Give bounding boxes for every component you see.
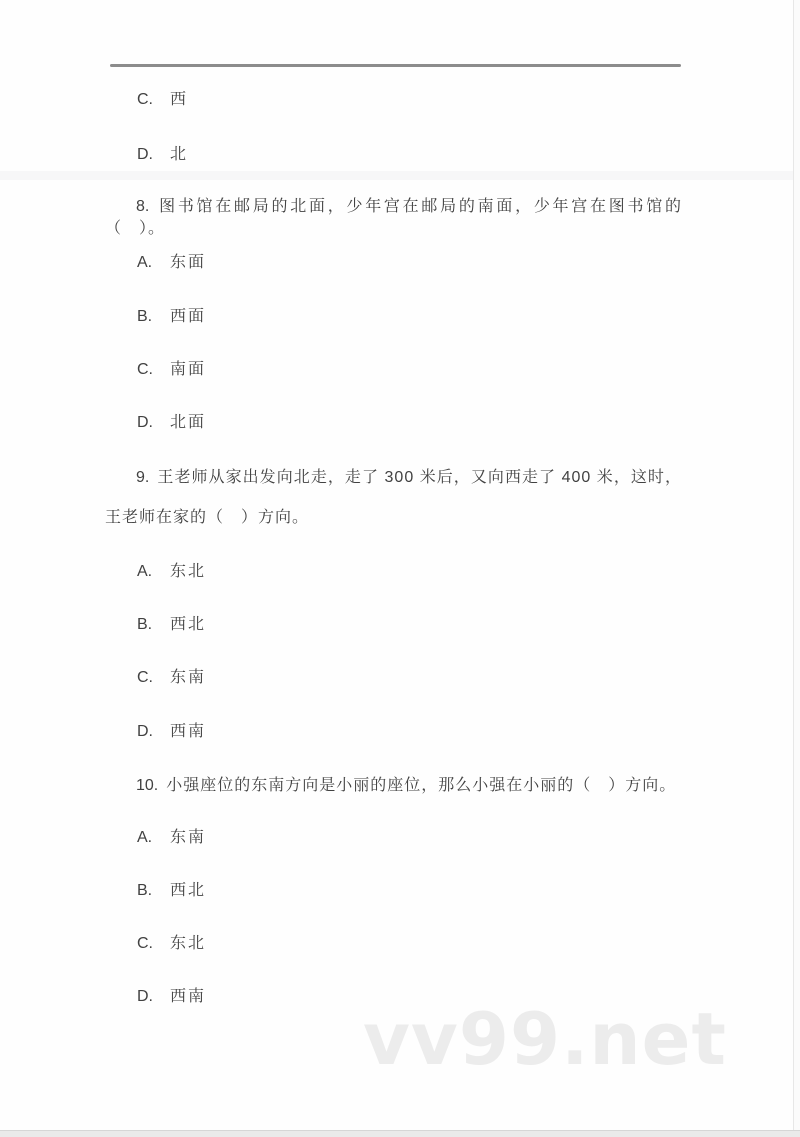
option-letter: C. bbox=[137, 89, 170, 111]
option-text: 东南 bbox=[170, 667, 206, 689]
question-8-option-b: B. 西面 bbox=[137, 306, 206, 328]
question-8: 8.图书馆在邮局的北面，少年宫在邮局的南面，少年宫在图书馆的（ ）。 bbox=[105, 196, 682, 240]
carryover-option-d: D. 北 bbox=[137, 144, 188, 166]
option-letter: D. bbox=[137, 721, 170, 743]
option-text: 西 bbox=[170, 89, 188, 111]
question-10-option-a: A. 东南 bbox=[137, 827, 206, 849]
question-10-option-d: D. 西南 bbox=[137, 986, 206, 1008]
question-8-option-d: D. 北面 bbox=[137, 412, 206, 434]
option-text: 西南 bbox=[170, 986, 206, 1008]
option-letter: B. bbox=[137, 880, 170, 902]
option-text: 南面 bbox=[170, 359, 206, 381]
question-9-option-b: B. 西北 bbox=[137, 614, 206, 636]
option-letter: B. bbox=[137, 306, 170, 328]
option-letter: C. bbox=[137, 667, 170, 689]
question-9-option-c: C. 东南 bbox=[137, 667, 206, 689]
option-text: 北面 bbox=[170, 412, 206, 434]
question-text: 王老师从家出发向北走，走了 300 米后，又向西走了 400 米，这时，王老师在… bbox=[105, 469, 682, 526]
page-right-edge bbox=[793, 0, 800, 1130]
top-divider-rule bbox=[110, 64, 681, 67]
option-letter: A. bbox=[137, 827, 170, 849]
option-letter: A. bbox=[137, 252, 170, 274]
page-bottom-edge bbox=[0, 1130, 800, 1137]
option-text: 西北 bbox=[170, 880, 206, 902]
question-8-option-c: C. 南面 bbox=[137, 359, 206, 381]
option-letter: D. bbox=[137, 144, 170, 166]
option-text: 北 bbox=[170, 144, 188, 166]
option-letter: C. bbox=[137, 359, 170, 381]
document-page: C. 西 D. 北 8.图书馆在邮局的北面，少年宫在邮局的南面，少年宫在图书馆的… bbox=[0, 0, 800, 1137]
question-10: 10.小强座位的东南方向是小丽的座位，那么小强在小丽的（ ）方向。 bbox=[105, 775, 682, 797]
question-number: 10. bbox=[136, 777, 158, 794]
option-letter: D. bbox=[137, 412, 170, 434]
option-text: 东南 bbox=[170, 827, 206, 849]
carryover-option-c: C. 西 bbox=[137, 89, 188, 111]
question-9: 9.王老师从家出发向北走，走了 300 米后，又向西走了 400 米，这时，王老… bbox=[105, 458, 682, 538]
question-9-option-d: D. 西南 bbox=[137, 721, 206, 743]
option-text: 东北 bbox=[170, 561, 206, 583]
question-number: 8. bbox=[136, 198, 149, 215]
scan-artifact-band bbox=[0, 171, 800, 180]
option-text: 东面 bbox=[170, 252, 206, 274]
option-text: 东北 bbox=[170, 933, 206, 955]
question-text: 图书馆在邮局的北面，少年宫在邮局的南面，少年宫在图书馆的（ ）。 bbox=[105, 198, 682, 237]
option-letter: D. bbox=[137, 986, 170, 1008]
question-9-option-a: A. 东北 bbox=[137, 561, 206, 583]
watermark: vv99.net bbox=[363, 997, 727, 1081]
question-10-option-b: B. 西北 bbox=[137, 880, 206, 902]
option-letter: A. bbox=[137, 561, 170, 583]
option-text: 西面 bbox=[170, 306, 206, 328]
question-text: 小强座位的东南方向是小丽的座位，那么小强在小丽的（ ）方向。 bbox=[166, 777, 676, 794]
option-letter: B. bbox=[137, 614, 170, 636]
question-8-option-a: A. 东面 bbox=[137, 252, 206, 274]
option-text: 西南 bbox=[170, 721, 206, 743]
option-text: 西北 bbox=[170, 614, 206, 636]
option-letter: C. bbox=[137, 933, 170, 955]
question-number: 9. bbox=[136, 469, 149, 486]
question-10-option-c: C. 东北 bbox=[137, 933, 206, 955]
